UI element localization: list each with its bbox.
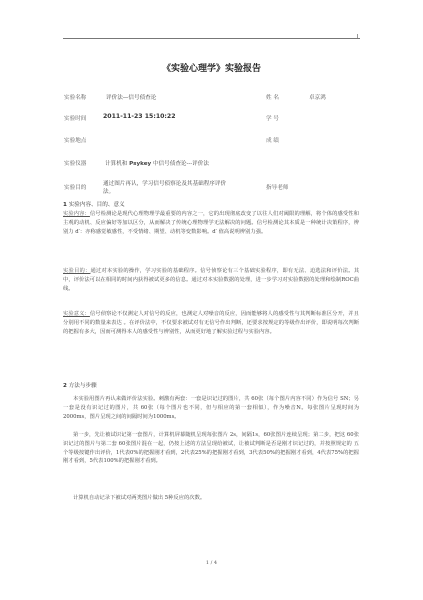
header-rule [63,38,360,39]
section-2-title: 方法与步骤 [69,383,97,389]
author-label: 姓 名 [266,93,279,101]
instrument-value: 计算机和 Psykey 中信号侦查论---评价法 [105,159,209,167]
purpose-text: 通过对本实验的操作，学习实验的基础程序。信号侦察论有三个基础实验程序，即有无法、… [63,268,359,292]
meaning-text: 信号侦察论不仅测定人对信号的反应，也测定人对噪音的反应，因而能够将人的感受性与其… [63,311,359,335]
score-label: 成 绩 [266,136,279,144]
purpose-para-label: 实验目的： [63,268,90,274]
section-1-number: 1 [63,202,67,208]
content-text: 信号检测论是现代心理物理学最重要的内容之一，它的出现彻底改变了以往人们对阈限的理… [63,211,359,235]
instrument-prefix: 计算机和 [105,161,127,167]
meaning-label: 实验意义： [63,311,90,317]
content-paragraph: 实验内容：信号检测论是现代心理物理学最重要的内容之一，它的出现彻底改变了以往人们… [63,210,359,236]
report-title: 《实验心理学》实验报告 [0,61,423,74]
purpose-paragraph: 实验目的：通过对本实验的操作，学习实验的基础程序。信号侦察论有三个基础实验程序，… [63,267,359,293]
instrument-brand: Psykey [129,161,151,167]
student-id-label: 学 号 [266,114,279,122]
instrument-suffix: 中信号侦查论---评价法 [153,161,209,167]
purpose-value: 通过图片再认，学习信号侦察论及其基础程序评价法。 [103,180,235,196]
instrument-label: 实验仪器 [64,159,86,167]
method-paragraph-2: 第一步，先让被试识记第一套图片，计算机屏幕随机呈现每张图片 2s，间隔1s，60… [63,431,359,466]
method-paragraph-1: 本实验用图片再认来做评价法实验。刺激有两套：一套是识记过的图片，共 60张（每个… [63,395,359,421]
experiment-time-label: 实验时间 [64,114,86,122]
content-label: 实验内容： [63,211,90,217]
experiment-place-label: 实验地点 [64,136,86,144]
teacher-label: 指导老师 [266,183,288,191]
experiment-name-label: 实验名称 [64,93,86,101]
section-1-title: 实验内容、目的、意义 [69,202,125,208]
section-1-heading: 1 实验内容、目的、意义 [63,200,125,208]
section-2-number: 2 [63,383,67,389]
experiment-time-value: 2011-11-23 15:10:22 [103,113,176,120]
section-2-heading: 2 方法与步骤 [63,381,97,389]
page-number: 1 / 4 [0,560,423,566]
meaning-paragraph: 实验意义：信号侦察论不仅测定人对信号的反应，也测定人对噪音的反应，因而能够将人的… [63,310,359,336]
method-paragraph-3: 计算机自动记录下被试对两类图片做出 5种反应的次数。 [63,494,359,503]
purpose-label: 实验目的 [64,183,86,191]
header-rule-mark [357,34,358,38]
experiment-name-value: 评价法—信号侦查论 [106,93,156,101]
author-value: 卓京鸿 [309,93,326,101]
